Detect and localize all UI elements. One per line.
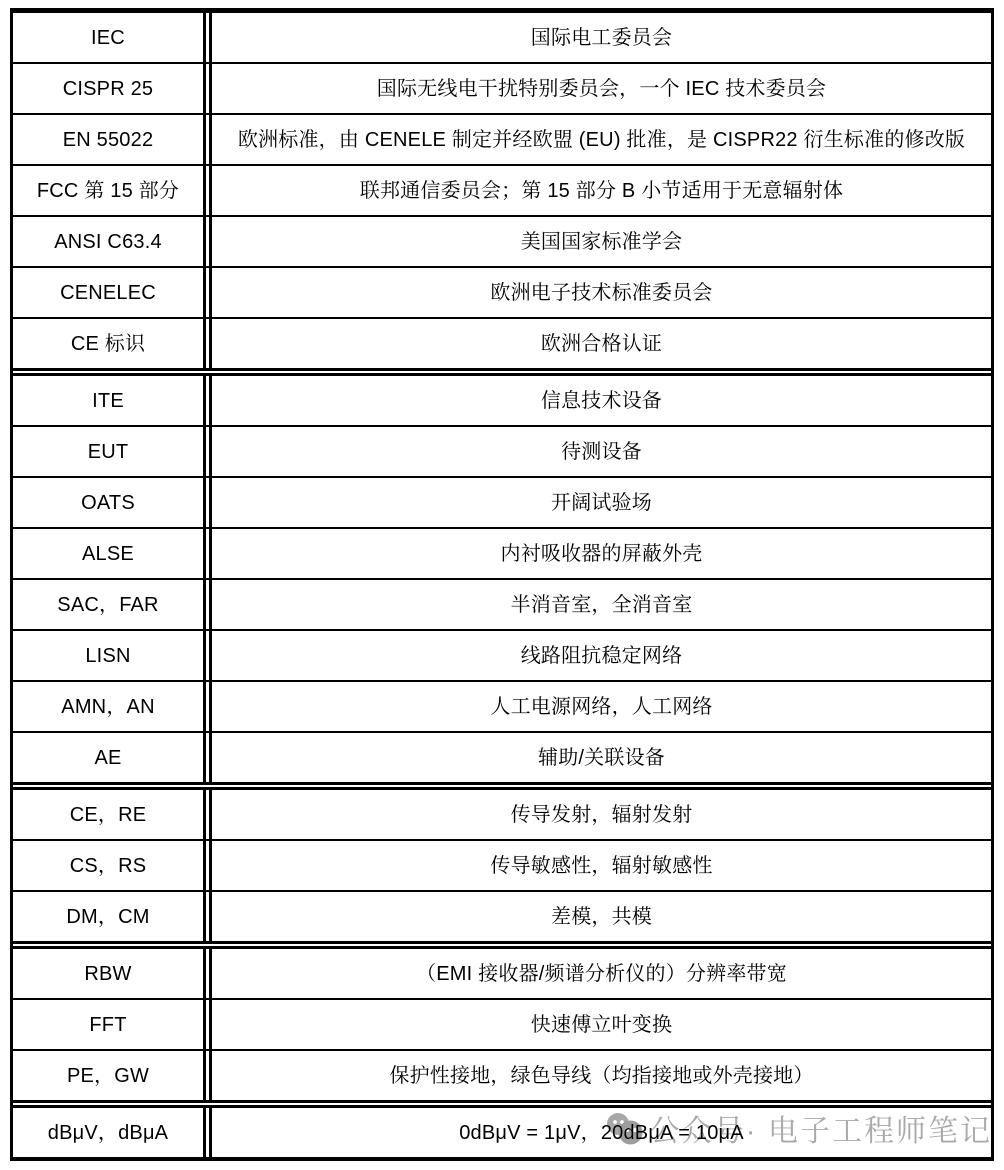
table-row: IEC 国际电工委员会 bbox=[13, 13, 991, 64]
abbreviation-cell: EUT bbox=[13, 427, 212, 476]
table-row: ALSE 内衬吸收器的屏蔽外壳 bbox=[13, 529, 991, 580]
abbreviation-cell: PE，GW bbox=[13, 1051, 212, 1100]
table-row: PE，GW 保护性接地，绿色导线（均指接地或外壳接地） bbox=[13, 1051, 991, 1108]
description-cell: 差模，共模 bbox=[212, 892, 991, 941]
table-row: AE 辅助/关联设备 bbox=[13, 733, 991, 790]
table-row: LISN 线路阻抗稳定网络 bbox=[13, 631, 991, 682]
table-row: CE 标识 欧洲合格认证 bbox=[13, 319, 991, 376]
table-row: dBμV，dBμA 0dBμV = 1μV，20dBμA = 10μA bbox=[13, 1108, 991, 1157]
description-cell: 线路阻抗稳定网络 bbox=[212, 631, 991, 680]
abbreviation-cell: DM，CM bbox=[13, 892, 212, 941]
description-cell: 半消音室，全消音室 bbox=[212, 580, 991, 629]
table-row: CISPR 25 国际无线电干扰特别委员会，一个 IEC 技术委员会 bbox=[13, 64, 991, 115]
table-row: CS，RS 传导敏感性，辐射敏感性 bbox=[13, 841, 991, 892]
description-cell: 内衬吸收器的屏蔽外壳 bbox=[212, 529, 991, 578]
table-row: FCC 第 15 部分 联邦通信委员会；第 15 部分 B 小节适用于无意辐射体 bbox=[13, 166, 991, 217]
table-row: OATS 开阔试验场 bbox=[13, 478, 991, 529]
description-cell: 欧洲合格认证 bbox=[212, 319, 991, 368]
table-row: RBW （EMI 接收器/频谱分析仪的）分辨率带宽 bbox=[13, 949, 991, 1000]
table-row: EUT 待测设备 bbox=[13, 427, 991, 478]
description-cell: 快速傅立叶变换 bbox=[212, 1000, 991, 1049]
abbreviation-cell: AE bbox=[13, 733, 212, 782]
abbreviation-cell: FFT bbox=[13, 1000, 212, 1049]
description-cell: 国际无线电干扰特别委员会，一个 IEC 技术委员会 bbox=[212, 64, 991, 113]
table-row: ITE 信息技术设备 bbox=[13, 376, 991, 427]
description-cell: 美国国家标准学会 bbox=[212, 217, 991, 266]
description-cell: 欧洲标准，由 CENELE 制定并经欧盟 (EU) 批准，是 CISPR22 衍… bbox=[212, 115, 991, 164]
description-cell: 0dBμV = 1μV，20dBμA = 10μA bbox=[212, 1108, 991, 1157]
table-row: EN 55022 欧洲标准，由 CENELE 制定并经欧盟 (EU) 批准，是 … bbox=[13, 115, 991, 166]
abbreviation-cell: CE 标识 bbox=[13, 319, 212, 368]
table-row: CE，RE 传导发射，辐射发射 bbox=[13, 790, 991, 841]
description-cell: 传导发射，辐射发射 bbox=[212, 790, 991, 839]
abbreviation-cell: CENELEC bbox=[13, 268, 212, 317]
abbreviation-cell: LISN bbox=[13, 631, 212, 680]
abbreviation-cell: CE，RE bbox=[13, 790, 212, 839]
abbreviation-cell: OATS bbox=[13, 478, 212, 527]
terminology-table: IEC 国际电工委员会 CISPR 25 国际无线电干扰特别委员会，一个 IEC… bbox=[10, 8, 994, 1161]
description-cell: 开阔试验场 bbox=[212, 478, 991, 527]
table-row: CENELEC 欧洲电子技术标准委员会 bbox=[13, 268, 991, 319]
table-row: FFT 快速傅立叶变换 bbox=[13, 1000, 991, 1051]
abbreviation-cell: ANSI C63.4 bbox=[13, 217, 212, 266]
abbreviation-cell: IEC bbox=[13, 13, 212, 62]
description-cell: 联邦通信委员会；第 15 部分 B 小节适用于无意辐射体 bbox=[212, 166, 991, 215]
table-row: ANSI C63.4 美国国家标准学会 bbox=[13, 217, 991, 268]
description-cell: （EMI 接收器/频谱分析仪的）分辨率带宽 bbox=[212, 949, 991, 998]
abbreviation-cell: AMN，AN bbox=[13, 682, 212, 731]
description-cell: 辅助/关联设备 bbox=[212, 733, 991, 782]
abbreviation-cell: FCC 第 15 部分 bbox=[13, 166, 212, 215]
table-row: DM，CM 差模，共模 bbox=[13, 892, 991, 949]
abbreviation-cell: RBW bbox=[13, 949, 212, 998]
abbreviation-cell: SAC，FAR bbox=[13, 580, 212, 629]
abbreviation-cell: EN 55022 bbox=[13, 115, 212, 164]
abbreviation-cell: CISPR 25 bbox=[13, 64, 212, 113]
table-row: AMN，AN 人工电源网络，人工网络 bbox=[13, 682, 991, 733]
description-cell: 人工电源网络，人工网络 bbox=[212, 682, 991, 731]
description-cell: 信息技术设备 bbox=[212, 376, 991, 425]
table-row: SAC，FAR 半消音室，全消音室 bbox=[13, 580, 991, 631]
description-cell: 传导敏感性，辐射敏感性 bbox=[212, 841, 991, 890]
description-cell: 保护性接地，绿色导线（均指接地或外壳接地） bbox=[212, 1051, 991, 1100]
abbreviation-cell: ITE bbox=[13, 376, 212, 425]
description-cell: 欧洲电子技术标准委员会 bbox=[212, 268, 991, 317]
description-cell: 待测设备 bbox=[212, 427, 991, 476]
abbreviation-cell: CS，RS bbox=[13, 841, 212, 890]
description-cell: 国际电工委员会 bbox=[212, 13, 991, 62]
abbreviation-cell: dBμV，dBμA bbox=[13, 1108, 212, 1157]
abbreviation-cell: ALSE bbox=[13, 529, 212, 578]
